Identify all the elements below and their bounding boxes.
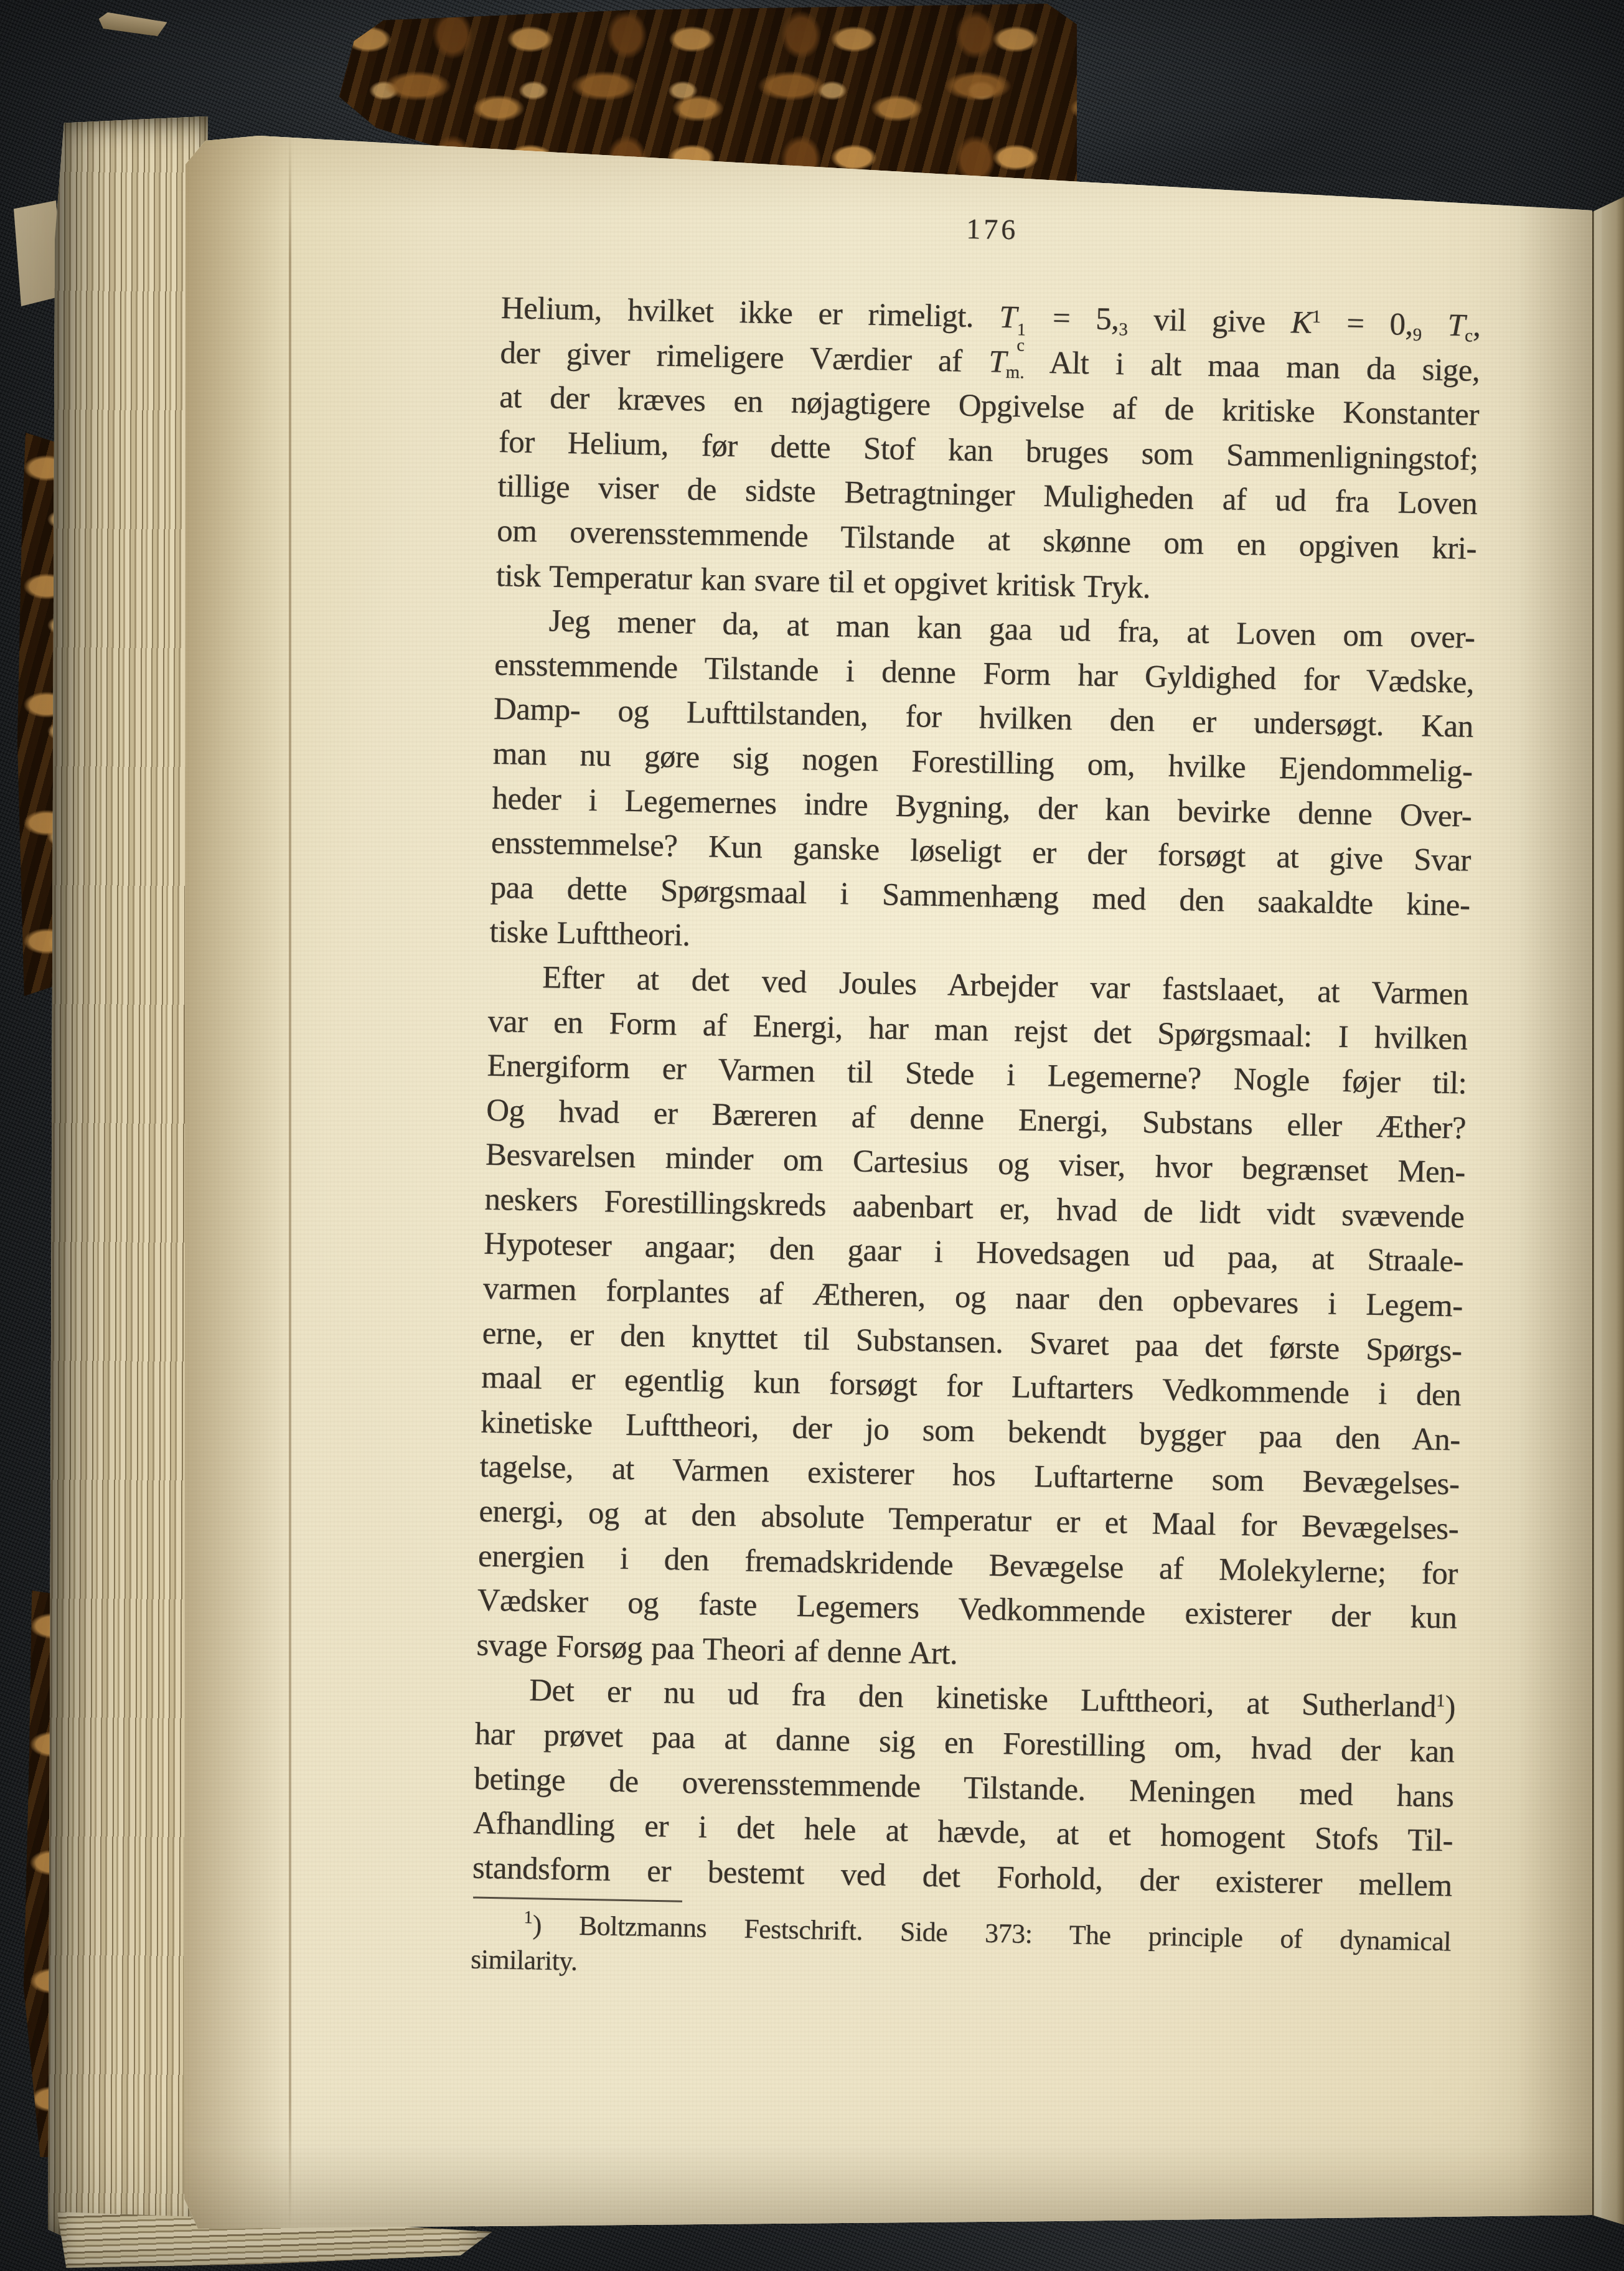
book-scan: 176 Helium, hvilket ikke er rimeligt. T1… (0, 0, 1624, 2271)
footnote-rule (473, 1897, 682, 1902)
book-page: 176 Helium, hvilket ikke er rimeligt. T1… (184, 132, 1592, 2229)
gutter-crease (289, 132, 291, 2229)
right-margin-shading (1518, 132, 1592, 2229)
gutter-shading (184, 132, 293, 2229)
footnote-text: 1) Boltzmanns Festschrift. Side 373: The… (471, 1906, 1452, 1995)
page-edge-stack-left (44, 115, 208, 2250)
body-text: Helium, hvilket ikke er rimeligt. T1c = … (472, 286, 1481, 1909)
page-content: 176 Helium, hvilket ikke er rimeligt. T1… (471, 202, 1483, 1995)
